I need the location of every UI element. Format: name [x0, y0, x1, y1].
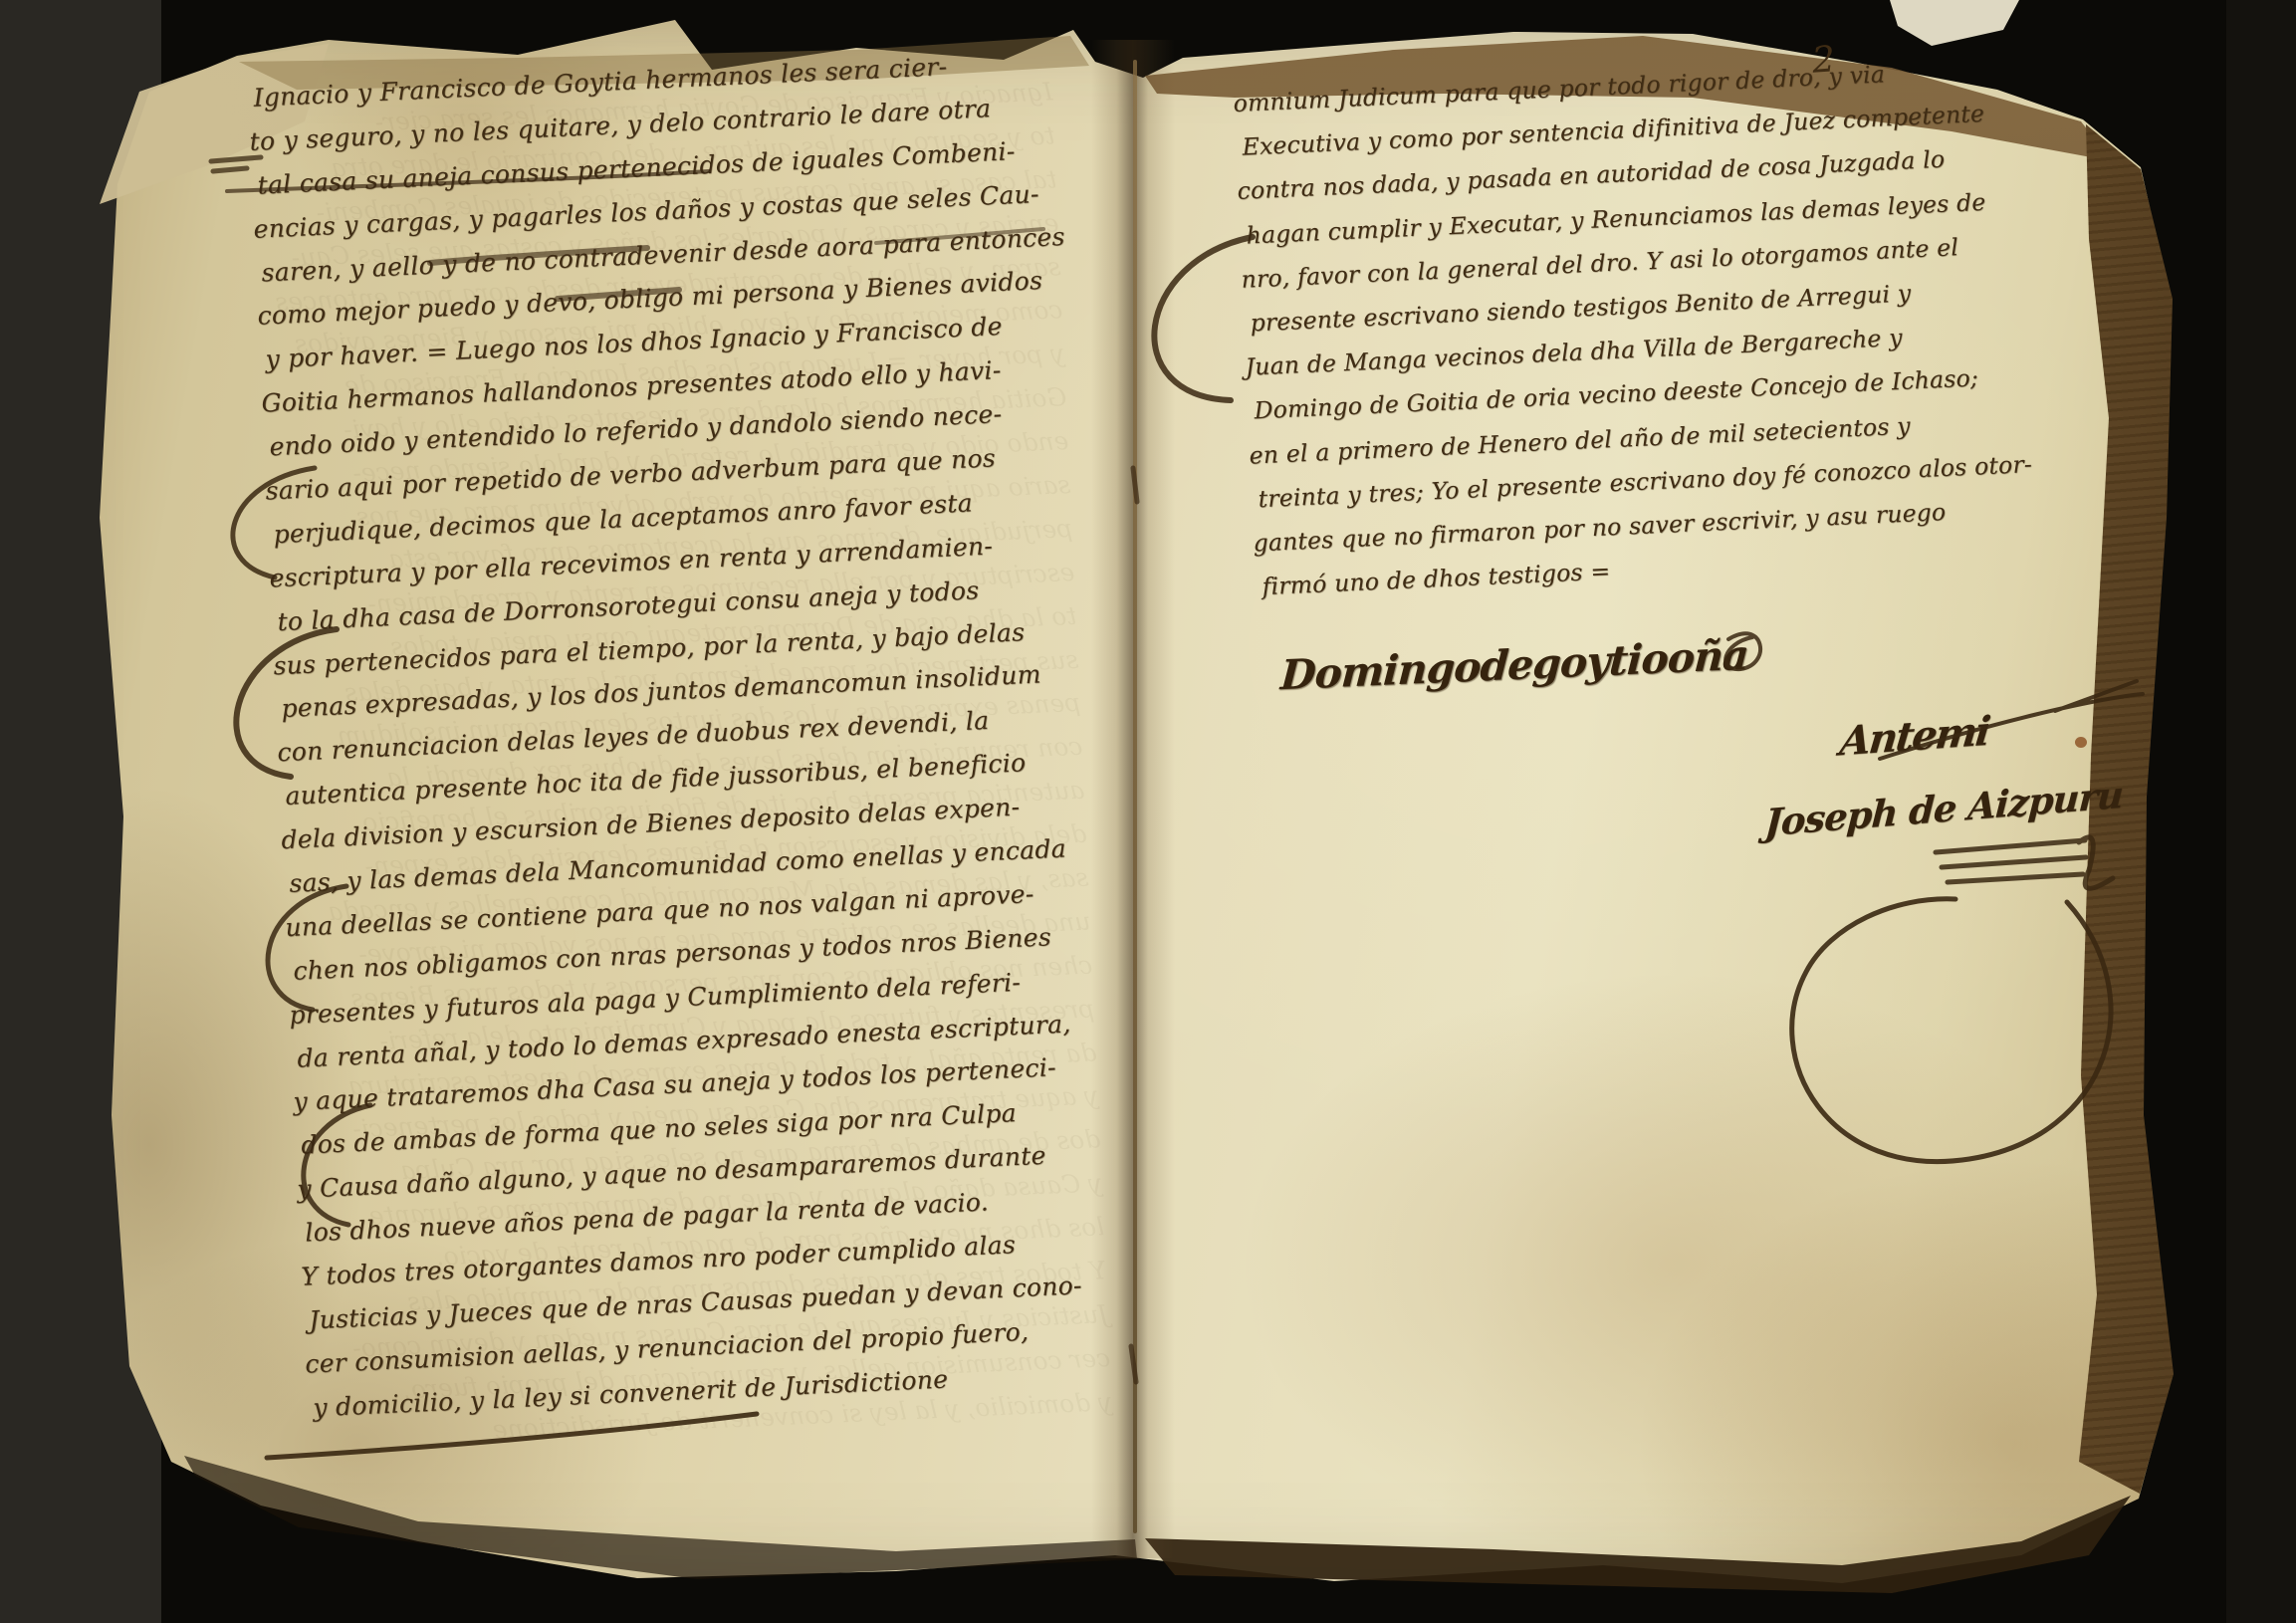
- witness-rubric: [1725, 633, 1760, 669]
- margin-flourish-4: [304, 1105, 370, 1225]
- strike-through-line3: [876, 229, 1043, 243]
- dash-left-margin: [211, 157, 261, 171]
- margin-flourish-2: [236, 629, 337, 777]
- strike-through-line4: [430, 248, 679, 299]
- gutter-stitch-marks: [1131, 468, 1137, 1382]
- manuscript-photograph: Ignacio y Francisco de Goytia hermanos l…: [0, 0, 2296, 1623]
- margin-flourish-1: [233, 468, 315, 578]
- strike-through-line2: [227, 171, 709, 191]
- ink-flourishes: [0, 0, 2296, 1623]
- notary-upper-stroke: [1880, 681, 2143, 759]
- notary-rubric-loop: [1792, 899, 2111, 1162]
- margin-flourish-3: [268, 886, 346, 1010]
- right-page-initial-flourish: [1154, 237, 1253, 400]
- left-page-bottom-rule: [267, 1414, 757, 1458]
- notary-scribble-cluster: [1936, 837, 2113, 888]
